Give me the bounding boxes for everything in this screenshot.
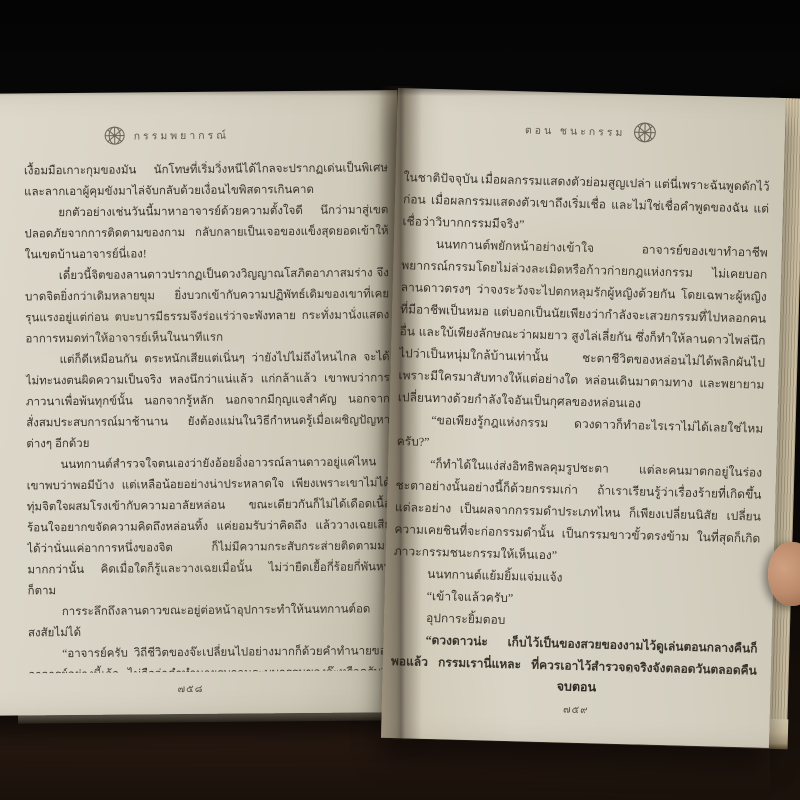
left-page-text-column: เงื้อมมือเกาะกุมของมัน นักโทษที่เริ่มวิ่… (24, 158, 392, 673)
right-page-text-column: ในชาติปัจจุบัน เมื่อผลกรรมแสดงตัวย่อมสูญ… (391, 166, 770, 675)
end-of-chapter-label: จบตอน (382, 672, 770, 702)
paragraph: ในชาติปัจจุบัน เมื่อผลกรรมแสดงตัวย่อมสูญ… (402, 166, 770, 242)
paragraph: เงื้อมมือเกาะกุมของมัน นักโทษที่เริ่มวิ่… (24, 158, 388, 203)
right-page-number: ๗๕๙ (382, 698, 770, 723)
paragraph: ยกตัวอย่างเช่นวันนี้มาหาอาจารย์ด้วยความต… (24, 200, 389, 266)
left-page: กรรมพยากรณ์ เงื้อมมือเกาะกุมของมัน นักโท… (0, 90, 403, 716)
paragraph: “อาจารย์ครับ วิถีชีวิตของจ๊ะเปลี่ยนไปอย่… (28, 641, 392, 673)
paragraph: นนทกานต์สำรวจใจตนเองว่ายังอ้อยอิ่งอาวรณ์… (26, 452, 391, 602)
left-page-header: กรรมพยากรณ์ (104, 124, 229, 147)
right-page: ตอน ชนะกรรม ในชาติปัจจุบัน เมื่อผลกรรมแส… (381, 88, 786, 748)
paragraph: นนทกานต์พยักหน้าอย่างเข้าใจ อาจารย์ของเข… (398, 232, 768, 418)
right-page-header: ตอน ชนะกรรม (525, 117, 658, 144)
lotus-wheel-ornament-icon (104, 125, 126, 147)
paragraph: แต่ก็ดีเหมือนกัน ตระหนักเสียแต่เนิ่นๆ ว่… (26, 347, 391, 455)
paragraph: การระลึกถึงลานดาวขณะอยู่ต่อหน้าอุปการะทำ… (28, 599, 392, 644)
book-photo-scene: กรรมพยากรณ์ เงื้อมมือเกาะกุมของมัน นักโท… (0, 0, 800, 800)
background-top (0, 0, 800, 96)
paragraph: เดี๋ยวนี้จิตของลานดาวปรากฏเป็นดวงวิญญาณโ… (25, 263, 390, 350)
left-page-number: ๗๕๘ (0, 680, 403, 699)
chapter-title-running-head: ตอน ชนะกรรม (525, 121, 626, 141)
paragraph: “ก็ทำได้ในแง่ส่งอิทธิพลคุมรูปชะตา แต่ละค… (394, 452, 763, 572)
book-title-running-head: กรรมพยากรณ์ (134, 126, 229, 144)
lotus-wheel-ornament-icon (633, 120, 658, 145)
